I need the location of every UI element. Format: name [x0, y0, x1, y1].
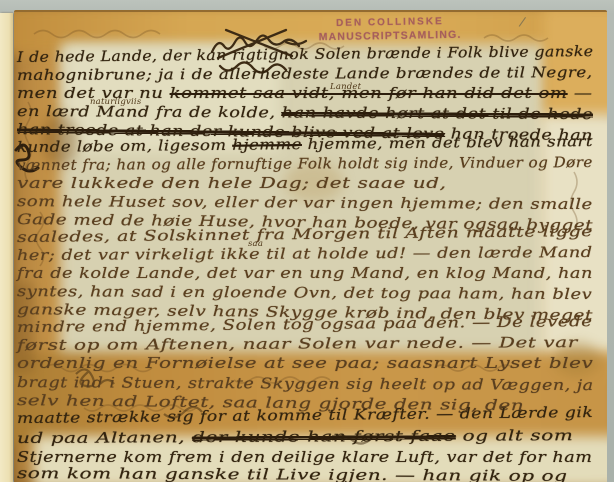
handwriting-text: fra de kolde Lande, det var en ung Mand,…: [17, 266, 593, 282]
handwriting-text: en lærd Mand fra de kolde,: [17, 104, 282, 121]
manuscript-line: bragt ind i Stuen, strakte Skyggen sig h…: [17, 374, 594, 395]
manuscript-line: som kom han ganske til Live igjen. — han…: [17, 465, 568, 482]
scanned-manuscript-page: DEN COLLINSKE MANUSCRIPTSAMLING. / I de …: [0, 0, 614, 482]
manuscript-line: vare lukkede den hele Dag; det saae ud,: [17, 175, 446, 193]
handwriting-text: bragt ind i Stuen, strakte Skyggen sig h…: [17, 375, 594, 394]
handwriting-text: som hele Huset sov, eller der var ingen …: [17, 194, 593, 213]
manuscript-line: Stjernerne kom frem i den deilige klare …: [17, 449, 592, 467]
manuscript-line: ordenlig en Fornøielse at see paa; saasn…: [17, 355, 593, 373]
handwriting-text: maatte strække sig for at komme til Kræf…: [17, 405, 593, 427]
handwriting-text: og alt som: [456, 428, 574, 445]
handwriting-lines: I de hede Lande, der kan rigtignok Solen…: [14, 12, 607, 482]
struck-text: hjemme: [232, 137, 302, 154]
manuscript-line: syntes, han sad i en gloende Ovn, det to…: [17, 283, 592, 304]
manuscript-paper: DEN COLLINSKE MANUSCRIPTSAMLING. / I de …: [14, 10, 607, 482]
manuscript-line: fra de kolde Lande, det var en ung Mand,…: [17, 265, 593, 283]
handwriting-text: I de hede Lande, der kan rigtignok Solen…: [17, 44, 594, 66]
handwriting-text: mindre end hjemme, Solen tog ogsaa paa d…: [17, 314, 593, 336]
handwriting-text: —: [568, 86, 593, 102]
handwriting-text: her; det var virkeligt ikke til at holde…: [17, 245, 593, 264]
underlying-sheet-edge: [0, 13, 13, 482]
manuscript-line: I de hede Lande, der kan rigtignok Solen…: [17, 43, 594, 67]
handwriting-text: syntes, han sad i en gloende Ovn, det to…: [17, 284, 592, 303]
manuscript-line: som hele Huset sov, eller der var ingen …: [17, 193, 593, 214]
interlinear-insertion: saa: [248, 239, 263, 249]
struck-text: han havde hørt at det til de hede: [282, 105, 593, 123]
handwriting-text: først op om Aftenen, naar Solen var nede…: [17, 335, 578, 354]
handwriting-text: som kom han ganske til Live igjen. — han…: [17, 466, 568, 482]
manuscript-line: vænnet fra; han og alle fornuftige Folk …: [17, 154, 593, 175]
handwriting-text: saaledes, at Solskinnet fra Morgen til A…: [17, 224, 593, 246]
manuscript-line: først op om Aftenen, naar Solen var nede…: [17, 334, 578, 355]
manuscript-line: ud paa Altanen, der kunde han først faae…: [17, 427, 573, 448]
handwriting-text: Stjernerne kom frem i den deilige klare …: [17, 450, 592, 466]
interlinear-insertion: Landet: [330, 82, 361, 92]
handwriting-text: ud paa Altanen,: [17, 430, 192, 447]
manuscript-line: mahognibrune; ja i de allerhedeste Lande…: [17, 64, 593, 85]
handwriting-text: vænnet fra; han og alle fornuftige Folk …: [17, 155, 593, 174]
handwriting-text: mahognibrune; ja i de allerhedeste Lande…: [17, 65, 593, 84]
handwriting-text: vare lukkede den hele Dag; det saae ud,: [17, 176, 446, 192]
struck-text: kommet saa vidt, men før han did det om: [170, 86, 568, 102]
handwriting-text: kunde løbe om, ligesom: [17, 138, 232, 156]
interlinear-insertion: naturligviis: [90, 97, 141, 107]
manuscript-line: her; det var virkeligt ikke til at holde…: [17, 244, 593, 265]
handwriting-text: hjemme, men det blev han snart: [302, 134, 593, 153]
struck-text: der kunde han først faae: [192, 429, 456, 446]
handwriting-text: ordenlig en Fornøielse at see paa; saasn…: [17, 356, 593, 372]
